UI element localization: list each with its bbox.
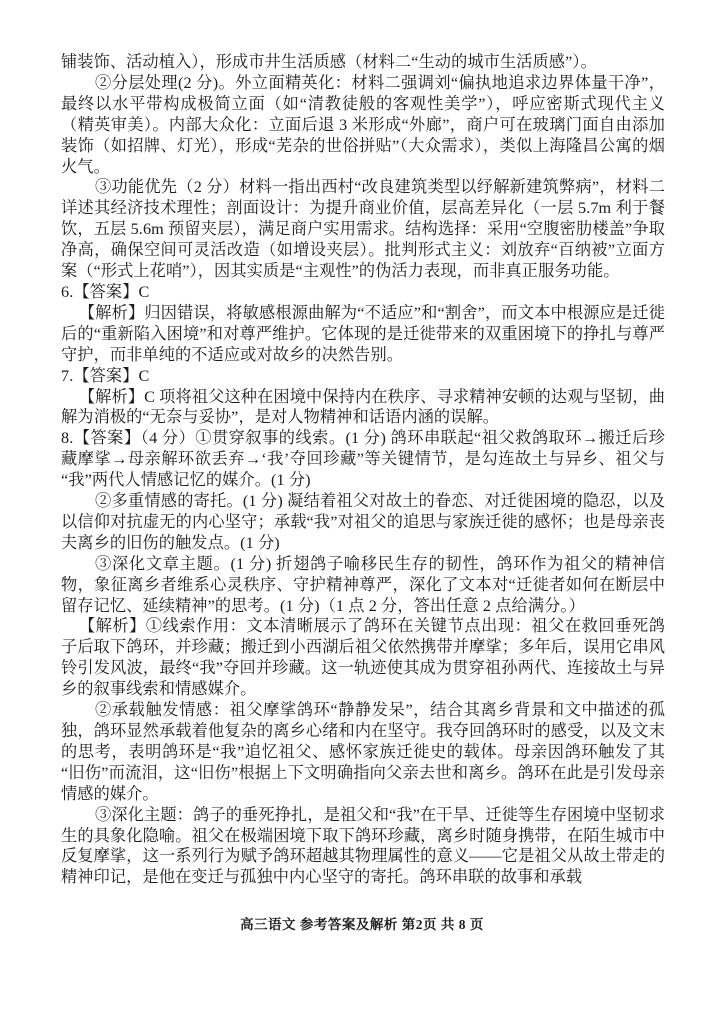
answer-paragraph: 8.【答案】（4 分）①贯穿叙事的线索。(1 分) 鸽环串联起“祖父救鸽取环→搬… xyxy=(61,428,665,491)
answer-paragraph: 【解析】①线索作用：文本清晰展示了鸽环在关键节点出现：祖父在救回垂死鸽子后取下鸽… xyxy=(61,616,665,700)
page-footer: 高三语文 参考答案及解析 第2页 共 8 页 xyxy=(0,913,724,933)
answer-paragraph: 【解析】归因错误，将敏感根源曲解为“不适应”和“割舍”，而文本中根源应是迁徙后的… xyxy=(61,303,665,366)
answer-paragraph: ③深化主题：鸽子的垂死挣扎，是祖父和“我”在干旱、迁徙等生存困境中坚韧求生的具象… xyxy=(61,805,665,889)
answer-paragraph: 7.【答案】C xyxy=(61,366,665,387)
answer-paragraph: ②分层处理(2 分)。外立面精英化：材料二强调刘“偏执地追求边界体量干净”，最终… xyxy=(61,73,665,178)
answer-text: 铺装饰、活动植入），形成市井生活质感（材料二“生动的城市生活质感”）。②分层处理… xyxy=(61,52,665,888)
answer-paragraph: 【解析】C 项将祖父这种在困境中保持内在秩序、寻求精神安顿的达观与坚韧，曲解为消… xyxy=(61,387,665,429)
answer-paragraph: ②多重情感的寄托。(1 分) 凝结着祖父对故土的眷恋、对迁徙困境的隐忍，以及以信… xyxy=(61,491,665,554)
document-page: 铺装饰、活动植入），形成市井生活质感（材料二“生动的城市生活质感”）。②分层处理… xyxy=(0,0,724,1024)
answer-paragraph: ③功能优先（2 分）材料一指出西村“改良建筑类型以纾解新建筑弊病”，材料二详述其… xyxy=(61,177,665,282)
answer-paragraph: ②承载触发情感：祖父摩挲鸽环“静静发呆”，结合其离乡背景和文中描述的孤独，鸽环显… xyxy=(61,700,665,805)
answer-paragraph: 6.【答案】C xyxy=(61,282,665,303)
answer-paragraph: 铺装饰、活动植入），形成市井生活质感（材料二“生动的城市生活质感”）。 xyxy=(61,52,665,73)
answer-paragraph: ③深化文章主题。(1 分) 折翅鸽子喻移民生存的韧性，鸽环作为祖父的精神信物，象… xyxy=(61,554,665,617)
